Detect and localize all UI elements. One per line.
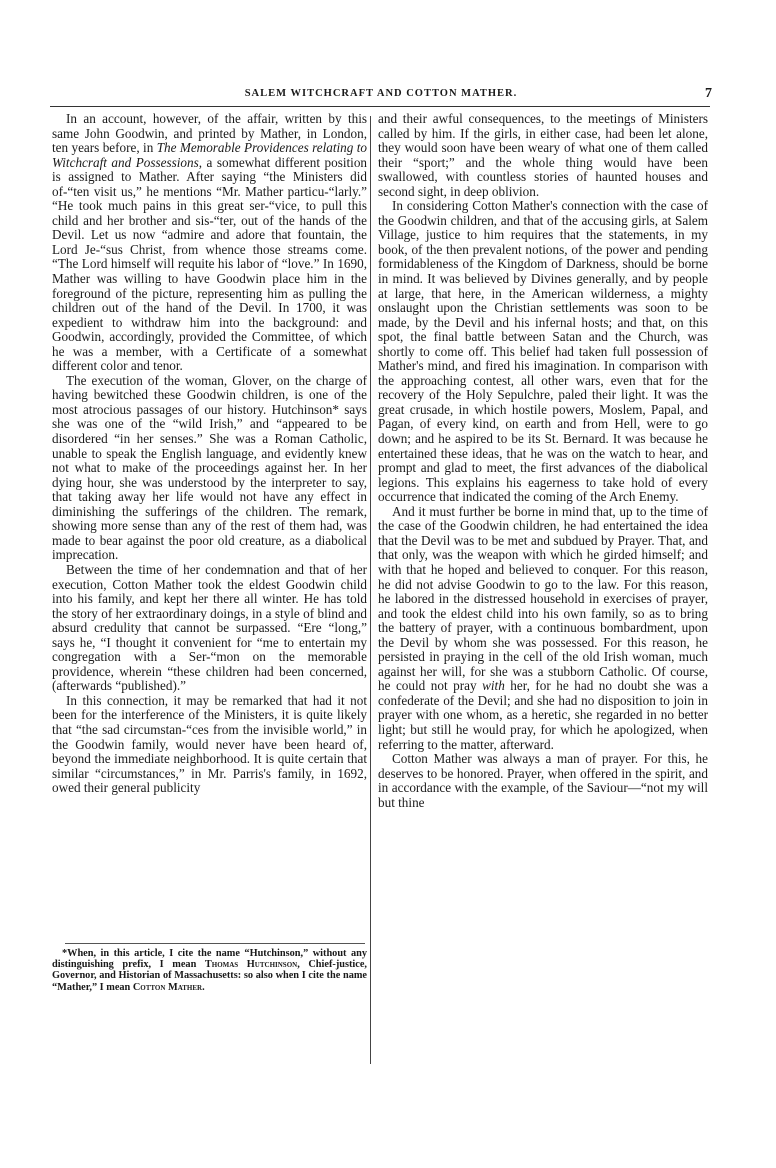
emphasis: with	[482, 678, 505, 693]
footnote: *When, in this article, I cite the name …	[52, 948, 367, 993]
running-head: SALEM WITCHCRAFT AND COTTON MATHER. 7	[50, 88, 712, 104]
paragraph: The execution of the woman, Glover, on t…	[52, 374, 367, 563]
text: .	[202, 982, 205, 993]
running-title: SALEM WITCHCRAFT AND COTTON MATHER.	[50, 88, 712, 99]
header-rule	[50, 106, 710, 107]
paragraph: In considering Cotton Mather's connectio…	[378, 199, 708, 504]
paragraph: In an account, however, of the affair, w…	[52, 112, 367, 374]
right-column: and their awful consequences, to the mee…	[378, 112, 708, 810]
name-small-caps: Thomas Hutchinson	[205, 959, 297, 970]
paragraph: and their awful consequences, to the mee…	[378, 112, 708, 199]
text: And it must further be borne in mind tha…	[378, 504, 708, 694]
name-small-caps: Cotton Mather	[133, 982, 202, 993]
footnote-rule	[65, 943, 365, 944]
page-number: 7	[705, 86, 712, 102]
left-column: In an account, however, of the affair, w…	[52, 112, 367, 796]
paragraph: And it must further be borne in mind tha…	[378, 505, 708, 752]
text: , a somewhat different position is assig…	[52, 155, 367, 374]
column-divider	[370, 116, 371, 1064]
paragraph: Cotton Mather was always a man of prayer…	[378, 752, 708, 810]
paragraph: In this connection, it may be remarked t…	[52, 694, 367, 796]
paragraph: Between the time of her condemnation and…	[52, 563, 367, 694]
